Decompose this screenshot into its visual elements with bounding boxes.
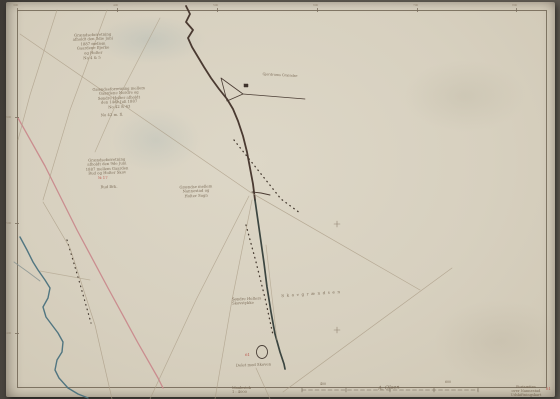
scale-number-1: 400	[320, 383, 326, 387]
field-line-3	[283, 268, 452, 392]
frame-tick-label: 800	[512, 3, 517, 7]
annotation-block-2b: No 42 m. fl.	[101, 113, 124, 118]
stone-row-3	[67, 240, 91, 323]
stream-left	[14, 262, 40, 281]
main-road-upper	[186, 6, 255, 200]
frame-tick	[17, 8, 18, 12]
map-scan-stage: Grændseforretningafholdt den 3die Juni18…	[0, 0, 560, 399]
frame-tick-label: 500	[213, 3, 218, 7]
annotation-block-3: Grændseforretningafholdt den 9de Juni188…	[85, 157, 128, 176]
river	[20, 237, 88, 398]
frame-tick	[15, 333, 19, 334]
frame-tick	[417, 8, 418, 12]
field-line-2	[250, 192, 420, 290]
frame-tick-label: 600	[6, 115, 11, 119]
frame-tick-label: 600	[313, 3, 318, 7]
field-line-12	[40, 271, 90, 280]
boundary-triangle	[221, 78, 243, 101]
pond-outline	[257, 346, 268, 359]
legend-scale-label: Maalestok1 : 4000	[232, 386, 251, 394]
red-parcel-number: 61	[245, 353, 250, 358]
frame-tick-label: 500	[6, 221, 11, 225]
frame-tick	[317, 8, 318, 12]
sheet-title-block: Fortsættesover NannestadUdskiftningskart	[511, 385, 542, 398]
frame-tick	[15, 223, 19, 224]
annotation-block-1: Grændseforretningafholdt den 3die Juni18…	[72, 32, 113, 56]
annotation-block-3b: Rud Brk.	[100, 185, 117, 190]
building-mark	[244, 84, 248, 87]
frame-tick-label: 400	[113, 3, 118, 7]
red-sheet-number: 61	[546, 387, 551, 391]
boundary-line-east	[243, 94, 305, 99]
annotation-block-1b: No 4 & 5	[83, 56, 101, 61]
frame-tick-label: 300	[13, 3, 18, 7]
annotation-block-2: Grændseforretning mellemGaardene Nordre …	[92, 86, 145, 110]
frame-tick	[217, 8, 218, 12]
field-line-1	[20, 34, 250, 192]
surveyor-signature: A. Olsen	[378, 385, 400, 392]
scale-number-2: 600	[445, 381, 451, 385]
frame-tick	[15, 117, 19, 118]
annotation-block-5: Søndre HoltersSkovstykke	[232, 296, 262, 306]
frame-tick-label: 400	[6, 331, 11, 335]
frame-tick	[516, 8, 517, 12]
field-line-4	[18, 10, 57, 140]
field-line-10	[256, 368, 270, 399]
stone-row-2	[246, 225, 273, 335]
annotation-no-red: № 17	[98, 176, 108, 180]
frame-tick	[117, 8, 118, 12]
annotation-block-4: Grændse mellemNannestad ogHolter Sogn	[179, 184, 212, 199]
main-road-lower	[255, 200, 285, 369]
frame-tick-label: 700	[413, 3, 418, 7]
